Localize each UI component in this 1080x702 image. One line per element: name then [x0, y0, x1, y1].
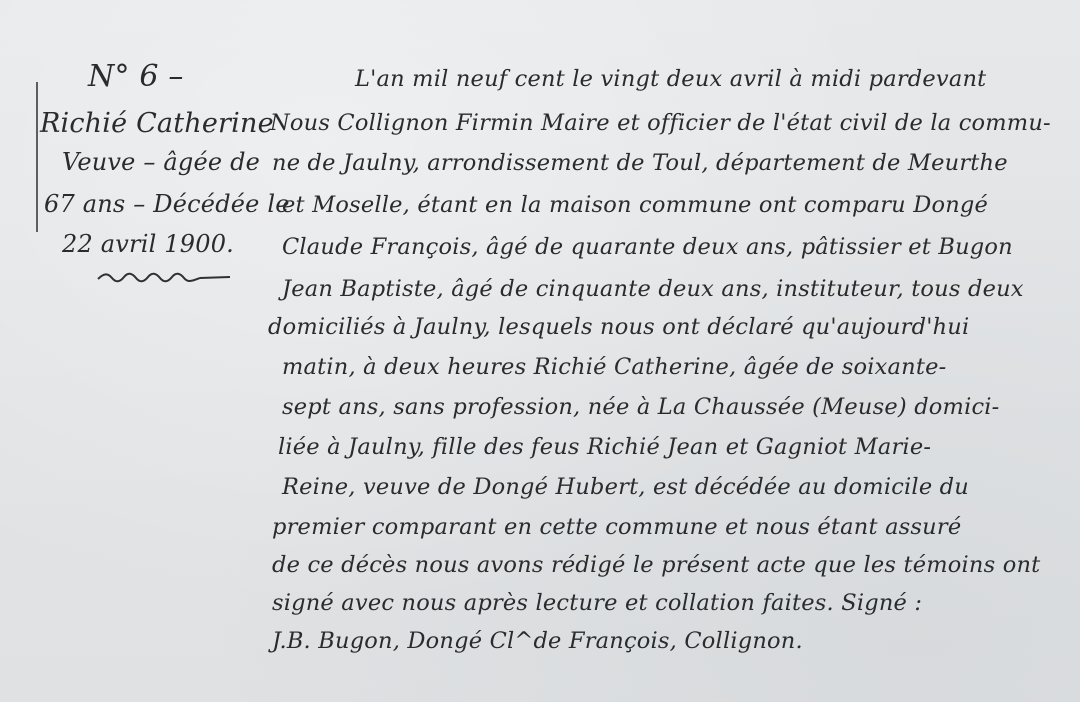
- marital-status: Veuve – âgée de: [62, 148, 260, 176]
- entry-number: N° 6 –: [88, 60, 184, 94]
- deceased-name: Richié Catherine: [40, 110, 274, 138]
- body-line-2: Nous Collignon Firmin Maire et officier …: [270, 110, 1051, 136]
- body-line-5: Claude François, âgé de quarante deux an…: [282, 234, 1013, 260]
- death-date: 22 avril 1900.: [62, 230, 234, 258]
- body-line-13: de ce décès nous avons rédigé le présent…: [272, 552, 1040, 578]
- margin-rule: [36, 82, 38, 232]
- age-line: 67 ans – Décédée le: [44, 190, 290, 218]
- body-line-8: matin, à deux heures Richié Catherine, â…: [282, 354, 946, 380]
- body-line-1: L'an mil neuf cent le vingt deux avril à…: [355, 66, 986, 92]
- body-line-11: Reine, veuve de Dongé Hubert, est décédé…: [282, 474, 969, 500]
- flourish-underline-icon: [96, 270, 232, 284]
- body-line-12: premier comparant en cette commune et no…: [272, 514, 961, 540]
- body-line-6: Jean Baptiste, âgé de cinquante deux ans…: [282, 276, 1024, 302]
- body-line-4: et Moselle, étant en la maison commune o…: [282, 192, 988, 218]
- body-line-3: ne de Jaulny, arrondissement de Toul, dé…: [272, 150, 1008, 176]
- signatures-line: J.B. Bugon, Dongé Cl^de François, Collig…: [272, 628, 803, 654]
- body-line-9: sept ans, sans profession, née à La Chau…: [282, 394, 999, 420]
- body-line-7: domiciliés à Jaulny, lesquels nous ont d…: [268, 314, 969, 340]
- body-line-14: signé avec nous après lecture et collati…: [272, 590, 922, 616]
- body-line-10: liée à Jaulny, fille des feus Richié Jea…: [278, 434, 931, 460]
